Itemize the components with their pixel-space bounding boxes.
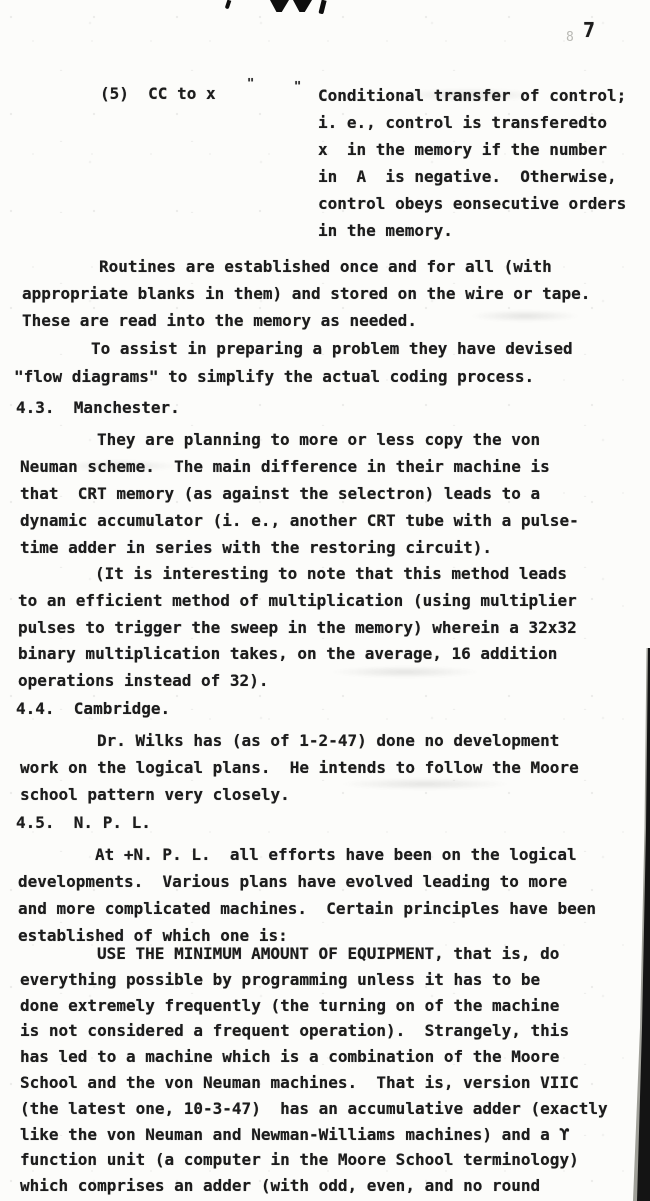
text-line: developments. Various plans have evolved… [18,868,596,895]
section-heading-manchester: 4.3. Manchester. [16,398,180,417]
text-line: everything possible by programming unles… [20,967,608,993]
ink-stroke [270,0,289,12]
text-line: They are planning to more or less copy t… [20,427,579,454]
section-heading-cambridge: 4.4. Cambridge. [16,699,170,718]
text-line: pulses to trigger the sweep in the memor… [18,615,577,642]
ink-stroke [225,0,232,9]
paragraph-manchester-1: They are planning to more or less copy t… [20,427,579,562]
ink-smudge [470,310,580,322]
ink-stroke [293,0,312,12]
paragraph-flow-diagrams: To assist in preparing a problem they ha… [14,335,573,390]
text-line: x in the memory if the number [318,136,626,163]
scanned-document-page: 8 7 (5) CC to x " " Conditional transfer… [0,0,650,1201]
ink-stroke [318,0,326,14]
text-line: has led to a machine which is a combinat… [20,1044,608,1070]
ink-smudge [340,778,510,790]
text-line: USE THE MINIMUM AMOUNT OF EQUIPMENT, tha… [20,941,608,967]
text-line: (the latest one, 10-3-47) has an accumul… [20,1096,608,1122]
paragraph-npl-1: At +N. P. L. all efforts have been on th… [18,841,596,949]
text-line: (It is interesting to note that this met… [18,561,577,588]
definition-description: Conditional transfer of control;i. e., c… [318,82,626,244]
text-line: "flow diagrams" to simplify the actual c… [14,363,573,391]
text-line: function unit (a computer in the Moore S… [20,1147,608,1173]
text-line: To assist in preparing a problem they ha… [14,335,573,363]
definition-item-label: (5) CC to x [100,84,216,103]
text-line: At +N. P. L. all efforts have been on th… [18,841,596,868]
scan-artifact: 8 [566,30,574,45]
text-line: in the memory. [318,217,626,244]
paragraph-manchester-2: (It is interesting to note that this met… [18,561,577,695]
page-number: 7 [583,18,595,42]
scan-edge-shadow [632,648,650,1201]
text-line: i. e., control is transferedto [318,109,626,136]
paragraph-cambridge-1: Dr. Wilks has (as of 1-2-47) done no dev… [20,727,579,808]
text-line: to an efficient method of multiplication… [18,588,577,615]
text-line: time adder in series with the restoring … [20,535,579,562]
ink-smudge [330,666,480,678]
text-line: School and the von Neuman machines. That… [20,1070,608,1096]
ditto-mark: " [294,79,301,93]
text-line: in A is negative. Otherwise, [318,163,626,190]
text-line: binary multiplication takes, on the aver… [18,641,577,668]
text-line: control obeys eonsecutive orders [318,190,626,217]
ink-smudge [400,88,540,102]
text-line: Routines are established once and for al… [22,253,590,280]
text-line: operations instead of 32). [18,668,577,695]
text-line: is not considered a frequent operation).… [20,1018,608,1044]
ink-smudge [60,460,180,472]
text-line: appropriate blanks in them) and stored o… [22,280,590,307]
text-line: and more complicated machines. Certain p… [18,895,596,922]
paragraph-npl-2: USE THE MINIMUM AMOUNT OF EQUIPMENT, tha… [20,941,608,1199]
text-line: work on the logical plans. He intends to… [20,754,579,781]
section-heading-npl: 4.5. N. P. L. [16,813,151,832]
text-line: which comprises an adder (with odd, even… [20,1173,608,1199]
text-line: done extremely frequently (the turning o… [20,993,608,1019]
text-line: dynamic accumulator (i. e., another CRT … [20,508,579,535]
ditto-mark: " [247,76,254,90]
handwritten-mark [212,0,352,16]
text-line: like the von Neuman and Newman-Williams … [20,1122,608,1148]
text-line: Dr. Wilks has (as of 1-2-47) done no dev… [20,727,579,754]
text-line: that CRT memory (as against the selectro… [20,481,579,508]
